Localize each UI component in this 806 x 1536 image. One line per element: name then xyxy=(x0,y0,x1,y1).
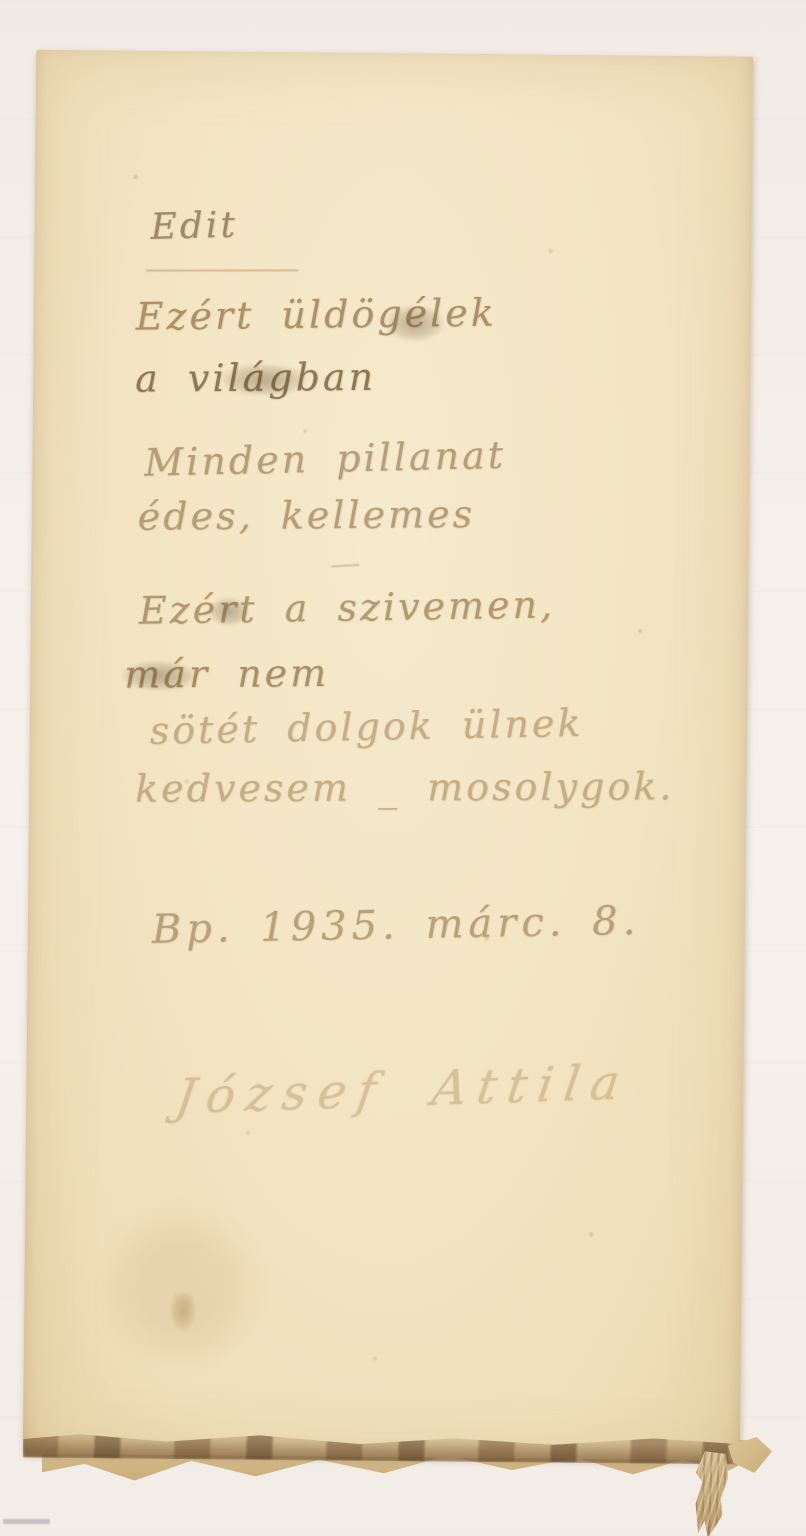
poem-line-3-2: már nem xyxy=(124,651,329,697)
poem-line-2-1: Minden pillanat xyxy=(144,433,507,485)
stray-pencil-mark xyxy=(331,564,359,568)
poem-line-4-1: sötét dolgok ülnek xyxy=(149,701,584,753)
poem-line-3-1: Ezért a szivemen, xyxy=(139,583,556,633)
corner-watermark xyxy=(3,1519,50,1524)
poem-line-1-2: a világban xyxy=(135,355,376,401)
photograph-background: Edit Ezért üldögélek a világban Minden p… xyxy=(0,0,806,1536)
poem-line-2-2: édes, kellemes xyxy=(138,492,476,539)
poem-title: Edit xyxy=(150,205,238,248)
date-line: Bp. 1935. márc. 8. xyxy=(151,898,640,953)
author-signature: József Attila xyxy=(172,1054,634,1125)
title-underline xyxy=(146,269,298,271)
poem-line-1-1: Ezért üldögélek xyxy=(135,291,497,339)
poem-line-4-2: kedvesem _ mosolygok. xyxy=(135,764,674,810)
manuscript-page: Edit Ezért üldögélek a világban Minden p… xyxy=(23,50,753,1461)
paper-stain xyxy=(170,1293,196,1331)
